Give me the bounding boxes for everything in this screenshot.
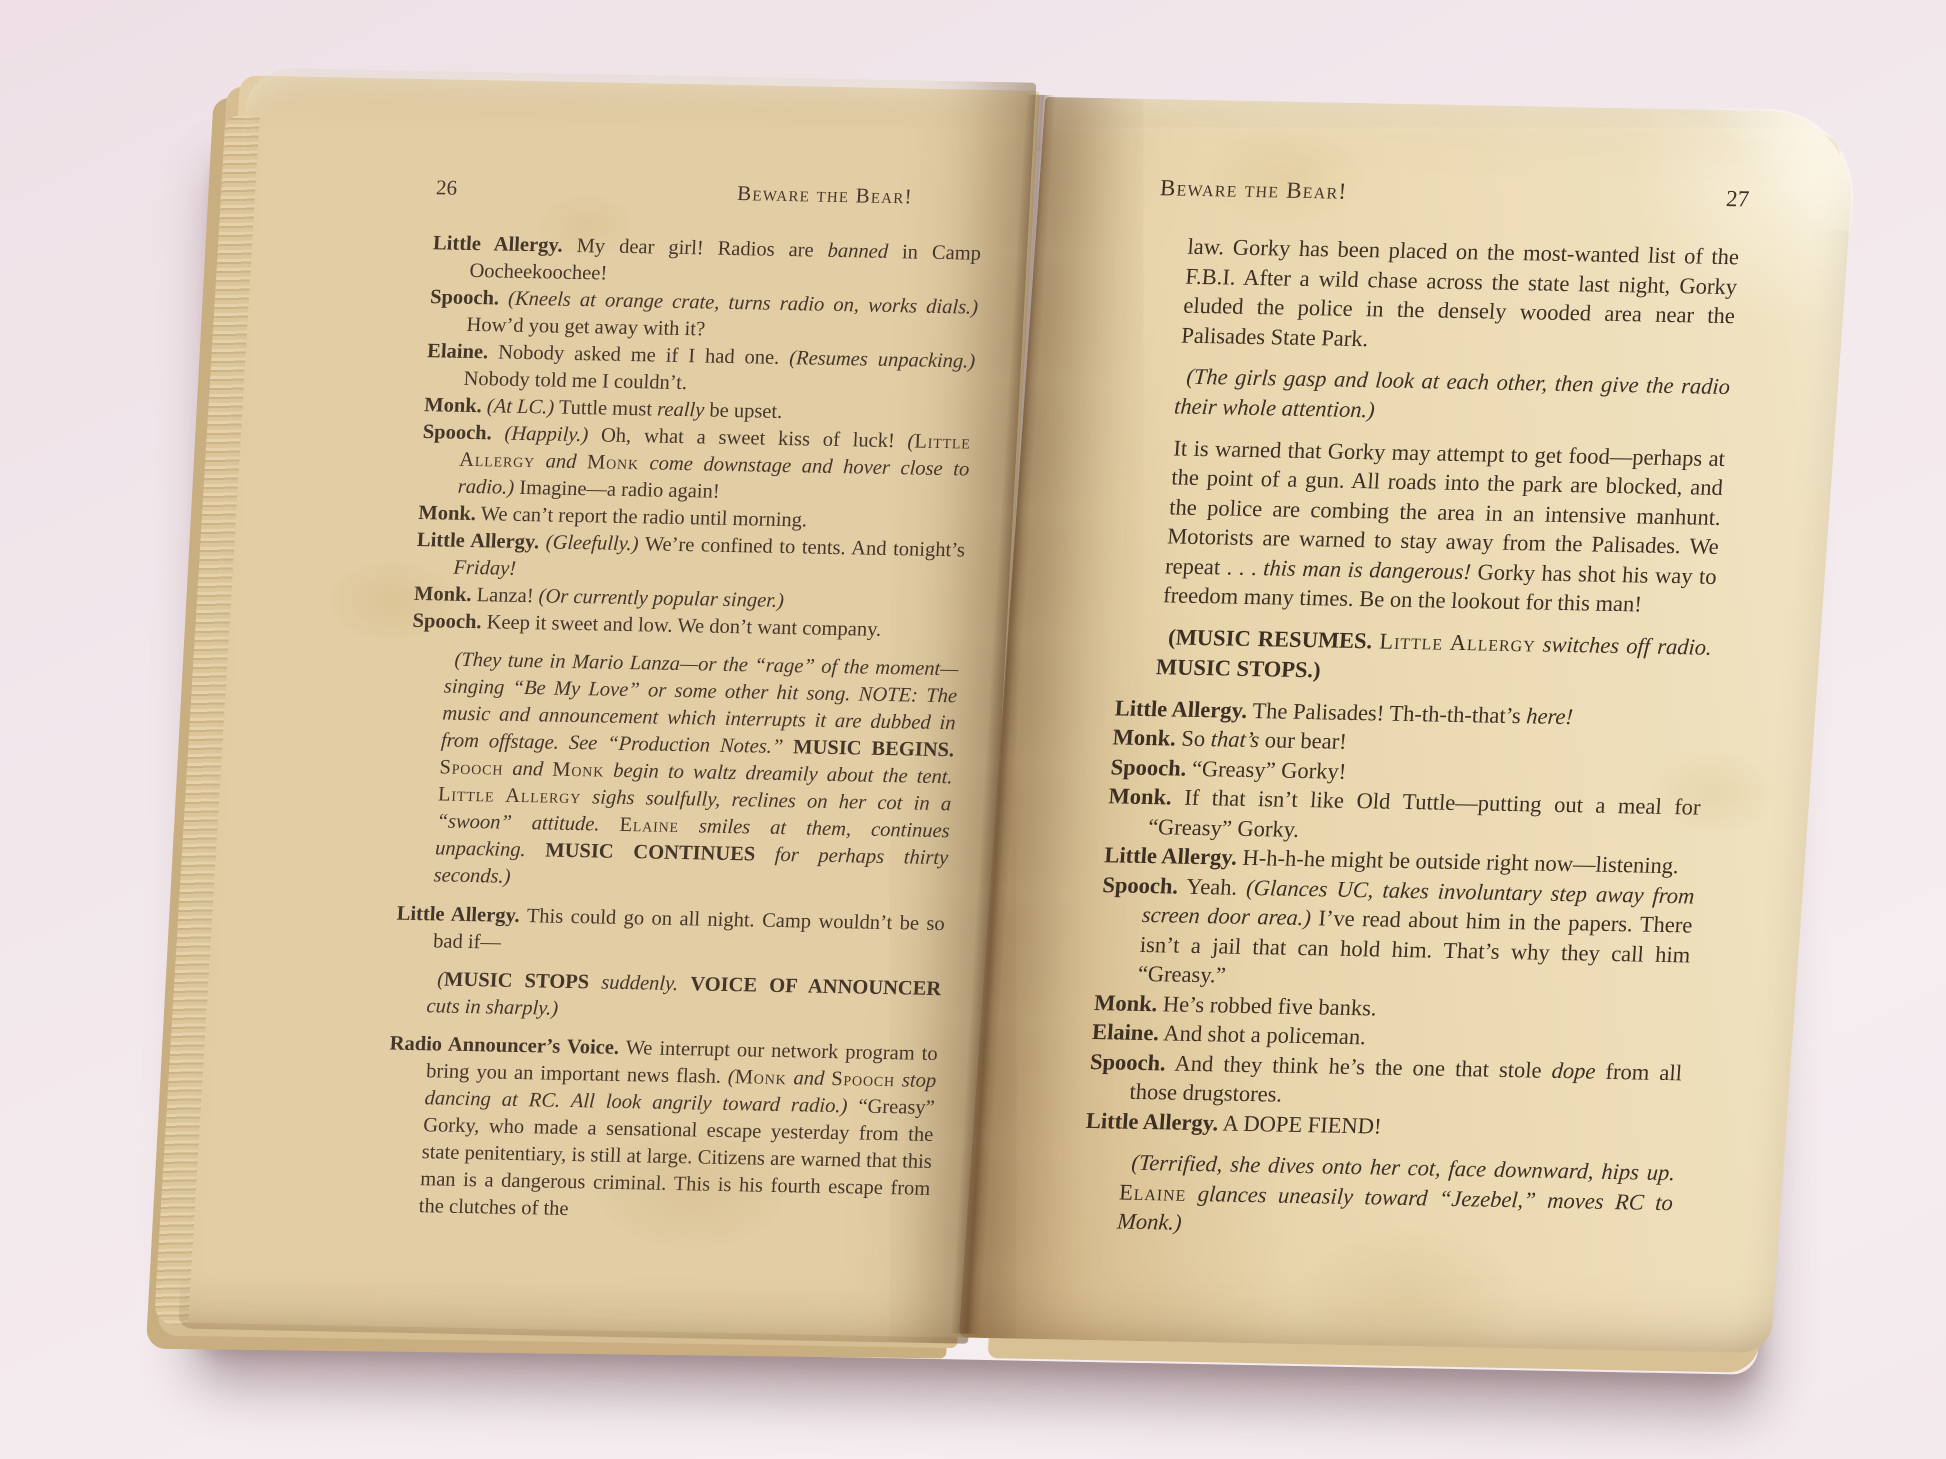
running-title-left: Beware the Bear! [737, 181, 914, 209]
speech-paragraph: Little Allergy. This could go on all nig… [395, 900, 946, 964]
speech-paragraph: Spooch. Yeah. (Glances UC, takes involun… [1095, 870, 1695, 999]
left-page-header: 26 Beware the Bear! [435, 175, 984, 210]
right-page-header: Beware the Bear! 27 [1150, 175, 1750, 212]
stage-direction: (Terrified, she dives onto her cot, face… [1116, 1148, 1676, 1247]
stage-direction: (MUSIC STOPS suddenly. VOICE OF ANNOUNCE… [426, 966, 942, 1030]
continuation-paragraph: law. Gorky has been placed on the most-w… [1180, 232, 1740, 360]
stage-direction: (They tune in Mario Lanza—or the “rage” … [433, 647, 959, 900]
running-title-right: Beware the Bear! [1159, 175, 1348, 205]
left-page: 26 Beware the Bear! Little Allergy. My d… [178, 68, 1036, 1344]
speech-paragraph: Spooch. And they think he’s the one that… [1087, 1047, 1683, 1117]
right-page: Beware the Bear! 27 law. Gorky has been … [959, 97, 1858, 1353]
stage-direction: (The girls gasp and look at each other, … [1173, 362, 1731, 432]
photo-background: 26 Beware the Bear! Little Allergy. My d… [0, 0, 1946, 1459]
speech-paragraph: Radio Announcer’s Voice. We interrupt ou… [380, 1031, 938, 1230]
speech-paragraph: Spooch. (Happily.) Oh, what a sweet kiss… [419, 419, 971, 510]
stage-direction: (MUSIC RESUMES. Little Allergy switches … [1155, 622, 1713, 692]
left-page-text: Little Allergy. My dear girl! Radios are… [380, 230, 981, 1230]
book: 26 Beware the Bear! Little Allergy. My d… [138, 54, 1843, 1386]
right-page-text: law. Gorky has been placed on the most-w… [1078, 231, 1740, 1247]
left-page-number: 26 [435, 175, 457, 200]
continuation-paragraph: It is warned that Gorky may attempt to g… [1162, 433, 1726, 620]
